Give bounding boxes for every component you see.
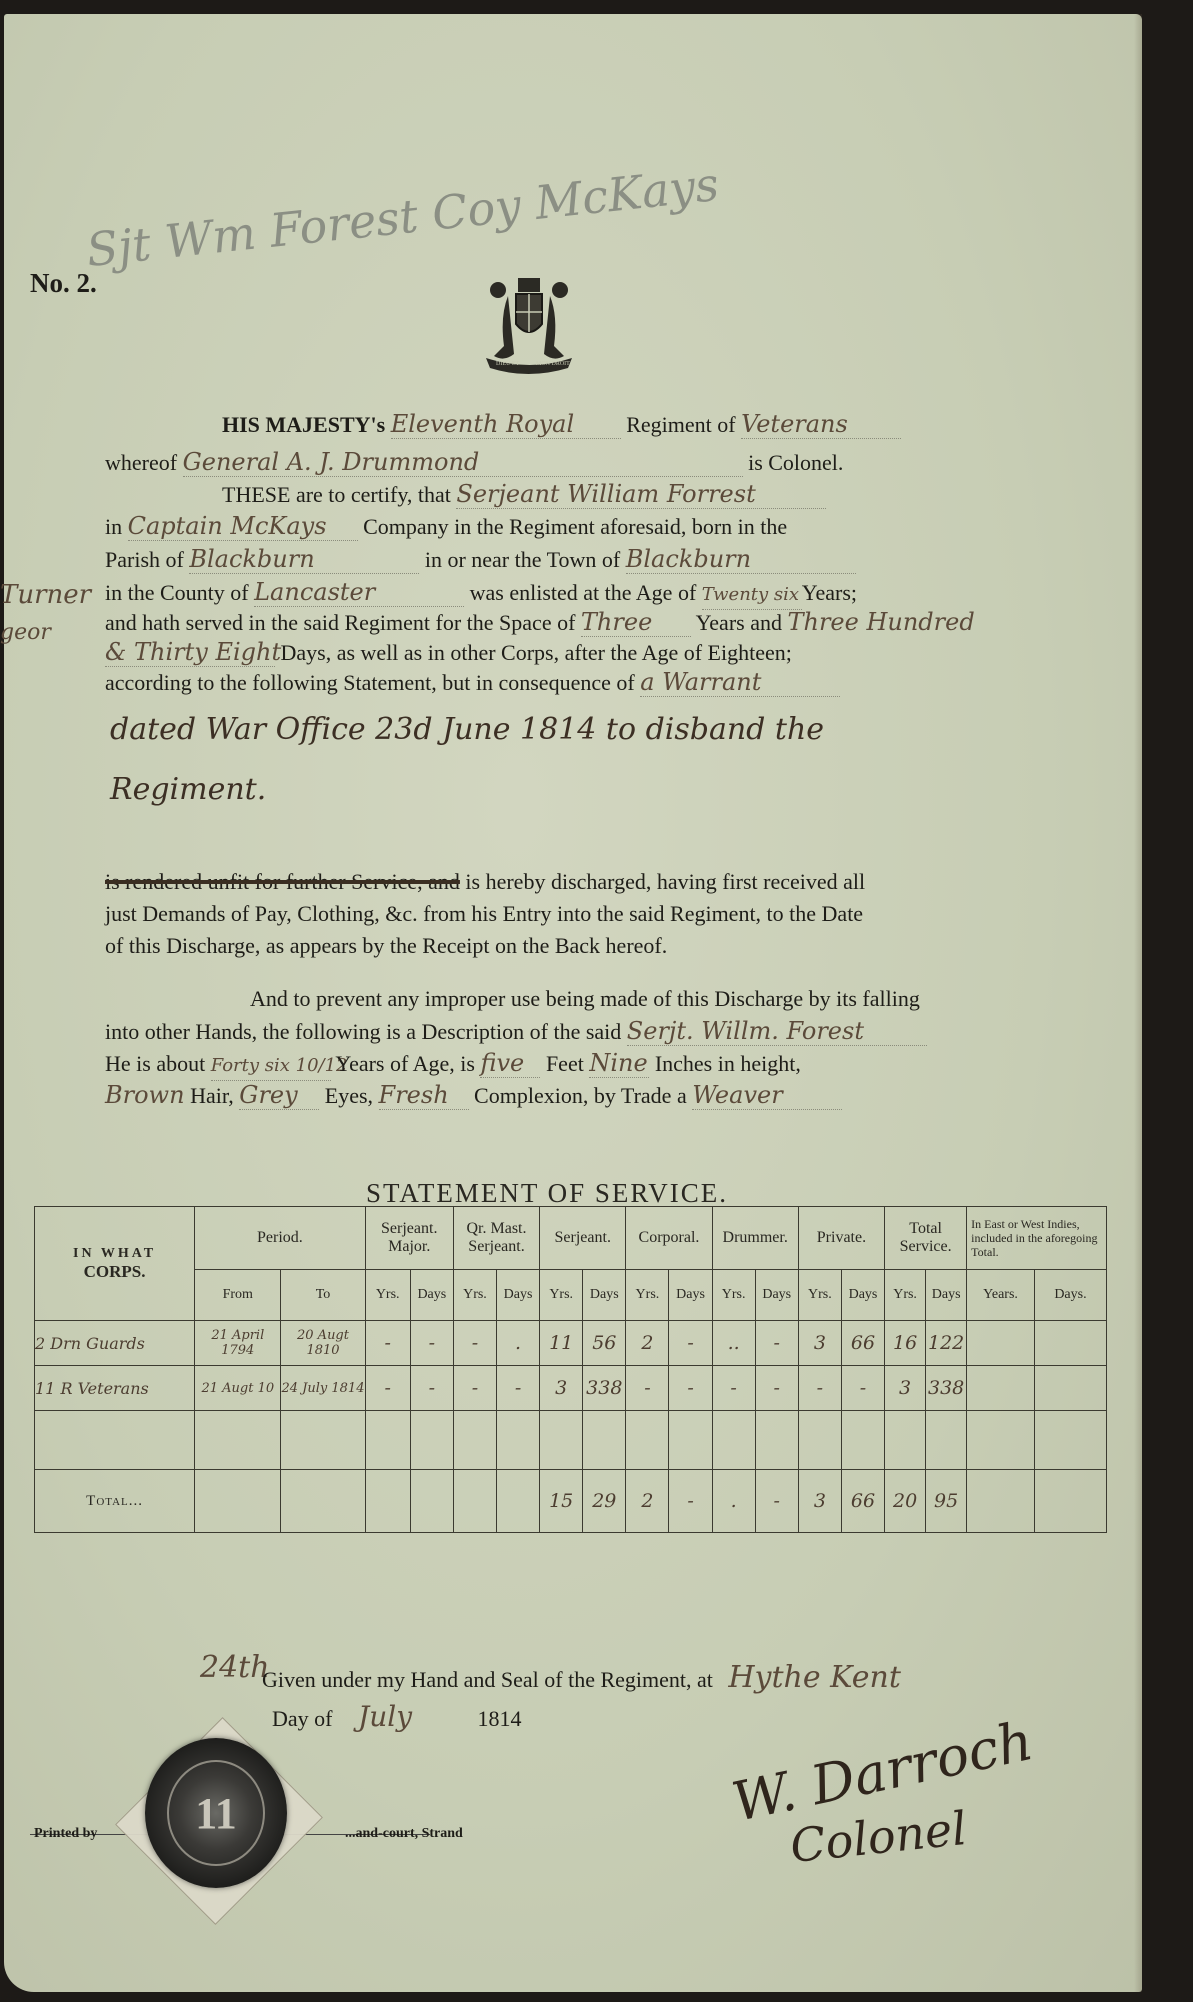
reason-field-1: a Warrant	[640, 668, 840, 697]
value-cell	[1034, 1321, 1106, 1366]
colonel-line: whereof General A. J. Drummond is Colone…	[105, 448, 843, 477]
total-cell: 29	[583, 1470, 626, 1533]
feet-field: five	[480, 1049, 540, 1078]
reason-field-3: Regiment.	[110, 772, 266, 807]
yrs-header: Yrs.	[540, 1270, 583, 1321]
yrs-header: Yrs.	[885, 1270, 926, 1321]
value-cell: -	[626, 1366, 669, 1411]
table-row-blank	[35, 1411, 1107, 1470]
total-cell: 20	[885, 1470, 926, 1533]
regiment-name-field: Eleventh Royal	[391, 410, 621, 439]
years-served-field: Three	[581, 608, 691, 637]
statement-title: STATEMENT OF SERVICE.	[366, 1178, 728, 1209]
value-cell: 338	[583, 1366, 626, 1411]
total-cell	[365, 1470, 410, 1533]
value-cell: 3	[885, 1366, 926, 1411]
struck-out-text: is rendered unfit for further Service, a…	[105, 869, 460, 894]
days-header: Days	[669, 1270, 712, 1321]
private-header: Private.	[798, 1207, 884, 1270]
document-number: No. 2.	[30, 268, 97, 299]
age-field: Forty six 10/12	[211, 1052, 331, 1081]
corps-cell: 11 R Veterans	[35, 1366, 195, 1411]
days-full-header: Days.	[1034, 1270, 1106, 1321]
total-cell: -	[755, 1470, 798, 1533]
margin-note-2: geor	[0, 620, 51, 645]
given-line: Given under my Hand and Seal of the Regi…	[262, 1660, 901, 1695]
days-header: Days	[755, 1270, 798, 1321]
total-cell: 2	[626, 1470, 669, 1533]
value-cell: -	[755, 1321, 798, 1366]
prevent-line-2: into other Hands, the following is a Des…	[105, 1017, 927, 1046]
value-cell: -	[497, 1366, 540, 1411]
total-service-header: Total Service.	[885, 1207, 967, 1270]
value-cell: 3	[540, 1366, 583, 1411]
value-cell: 16	[885, 1321, 926, 1366]
days-header: Days	[926, 1270, 967, 1321]
company-field: Captain McKays	[128, 512, 358, 541]
total-label: Total...	[35, 1470, 195, 1533]
value-cell: 11	[540, 1321, 583, 1366]
total-cell	[967, 1470, 1035, 1533]
value-cell: 3	[798, 1321, 841, 1366]
consequence-line: according to the following Statement, bu…	[105, 668, 840, 697]
prevent-line-1: And to prevent any improper use being ma…	[250, 985, 920, 1013]
value-cell: 338	[926, 1366, 967, 1411]
days-served-field-1: Three Hundred	[787, 608, 974, 636]
value-cell: -	[798, 1366, 841, 1411]
from-header: From	[195, 1270, 281, 1321]
value-cell: -	[669, 1366, 712, 1411]
indies-header: In East or West Indies, included in the …	[967, 1207, 1107, 1270]
month-field: July	[358, 1700, 412, 1733]
to-header: To	[281, 1270, 365, 1321]
appearance-line: Brown Hair, Grey Eyes, Fresh Complexion,…	[105, 1081, 842, 1110]
total-cell	[453, 1470, 496, 1533]
value-cell	[967, 1366, 1035, 1411]
period-header: Period.	[195, 1207, 365, 1270]
value-cell: -	[410, 1321, 453, 1366]
company-line: in Captain McKays Company in the Regimen…	[105, 512, 787, 541]
days-header: Days	[583, 1270, 626, 1321]
reason-field-2: dated War Office 23d June 1814 to disban…	[110, 712, 824, 747]
total-cell: -	[669, 1470, 712, 1533]
regiment-line: HIS MAJESTY's Eleventh Royal Regiment of…	[222, 410, 901, 439]
value-cell: .	[497, 1321, 540, 1366]
certify-line: THESE are to certify, that Serjeant Will…	[222, 480, 826, 509]
value-cell: ..	[712, 1321, 755, 1366]
total-cell	[497, 1470, 540, 1533]
total-cell	[410, 1470, 453, 1533]
value-cell	[1034, 1366, 1106, 1411]
regimental-wax-seal-icon: 11	[145, 1738, 287, 1888]
margin-note-1: Turner	[0, 580, 91, 610]
value-cell: -	[841, 1366, 884, 1411]
corps-cell: 2 Drn Guards	[35, 1321, 195, 1366]
value-cell: -	[453, 1321, 496, 1366]
total-cell: .	[712, 1470, 755, 1533]
description-name-field: Serjt. Willm. Forest	[627, 1017, 927, 1046]
discharge-line-3: of this Discharge, as appears by the Rec…	[105, 932, 667, 960]
value-cell	[967, 1321, 1035, 1366]
serjeant-header: Serjeant.	[540, 1207, 626, 1270]
colonel-field: General A. J. Drummond	[183, 448, 743, 477]
total-cell	[1034, 1470, 1106, 1533]
parish-field: Blackburn	[189, 545, 419, 574]
days-line: & Thirty Eight Days, as well as in other…	[105, 638, 792, 667]
days-header: Days	[497, 1270, 540, 1321]
from-cell: 21 April 1794	[195, 1321, 281, 1366]
from-cell: 21 Augt 10	[195, 1366, 281, 1411]
hair-field: Brown	[105, 1081, 185, 1109]
value-cell: -	[365, 1366, 410, 1411]
inches-field: Nine	[589, 1049, 649, 1078]
total-row: Total... 15 29 2 - . - 3 66 20 95	[35, 1470, 1107, 1533]
yrs-header: Yrs.	[453, 1270, 496, 1321]
printer-address: ...and-court, Strand	[345, 1826, 463, 1842]
svg-text:MON DROIT: MON DROIT	[536, 361, 570, 367]
service-line: and hath served in the said Regiment for…	[105, 608, 975, 637]
to-cell: 24 July 1814	[281, 1366, 365, 1411]
total-cell: 95	[926, 1470, 967, 1533]
value-cell: 56	[583, 1321, 626, 1366]
svg-text:DIEU ET: DIEU ET	[496, 361, 519, 367]
days-header: Days	[410, 1270, 453, 1321]
yrs-header: Yrs.	[365, 1270, 410, 1321]
age-height-line: He is about Forty six 10/12 Years of Age…	[105, 1049, 801, 1081]
value-cell: -	[755, 1366, 798, 1411]
date-line: Day of July 1814	[272, 1700, 522, 1733]
table-row: 2 Drn Guards 21 April 1794 20 Augt 1810 …	[35, 1321, 1107, 1366]
discharge-line-2: just Demands of Pay, Clothing, &c. from …	[105, 900, 863, 928]
enlistment-age-field: Twenty six	[702, 581, 802, 610]
place-field: Hythe Kent	[728, 1660, 901, 1695]
county-field: Lancaster	[254, 578, 464, 607]
value-cell: 66	[841, 1321, 884, 1366]
complexion-field: Fresh	[379, 1081, 469, 1110]
corps-header: IN WHATCORPS.	[35, 1207, 195, 1321]
total-cell: 66	[841, 1470, 884, 1533]
days-header: Days	[841, 1270, 884, 1321]
to-cell: 20 Augt 1810	[281, 1321, 365, 1366]
eyes-field: Grey	[239, 1081, 319, 1110]
value-cell: -	[453, 1366, 496, 1411]
value-cell: -	[365, 1321, 410, 1366]
value-cell: -	[669, 1321, 712, 1366]
paper-edge	[1134, 14, 1142, 1992]
drummer-header: Drummer.	[712, 1207, 798, 1270]
value-cell: -	[410, 1366, 453, 1411]
table-row: 11 R Veterans 21 Augt 10 24 July 1814 - …	[35, 1366, 1107, 1411]
value-cell: -	[712, 1366, 755, 1411]
discharge-line-1: is rendered unfit for further Service, a…	[105, 868, 865, 896]
parish-line: Parish of Blackburn in or near the Town …	[105, 545, 856, 574]
printed-by: Printed by	[34, 1826, 97, 1842]
qm-sgt-header: Qr. Mast. Serjeant.	[453, 1207, 539, 1270]
value-cell: 2	[626, 1321, 669, 1366]
town-field: Blackburn	[626, 545, 856, 574]
days-served-field-2: & Thirty Eight	[105, 638, 275, 667]
trade-field: Weaver	[692, 1081, 842, 1110]
day-field: 24th	[200, 1650, 270, 1685]
yrs-header: Yrs.	[798, 1270, 841, 1321]
years-header: Years.	[967, 1270, 1035, 1321]
total-cell: 3	[798, 1470, 841, 1533]
corporal-header: Corporal.	[626, 1207, 712, 1270]
yrs-header: Yrs.	[626, 1270, 669, 1321]
total-cell: 15	[540, 1470, 583, 1533]
sgt-major-header: Serjeant. Major.	[365, 1207, 453, 1270]
soldier-name-field: Serjeant William Forrest	[456, 480, 826, 509]
royal-coat-of-arms-icon: DIEU ET MON DROIT	[478, 266, 580, 384]
value-cell: 122	[926, 1321, 967, 1366]
county-line: in the County of Lancaster was enlisted …	[105, 578, 857, 610]
yrs-header: Yrs.	[712, 1270, 755, 1321]
statement-of-service-table: IN WHATCORPS. Period. Serjeant. Major. Q…	[34, 1206, 1107, 1533]
regiment-type-field: Veterans	[741, 410, 901, 439]
